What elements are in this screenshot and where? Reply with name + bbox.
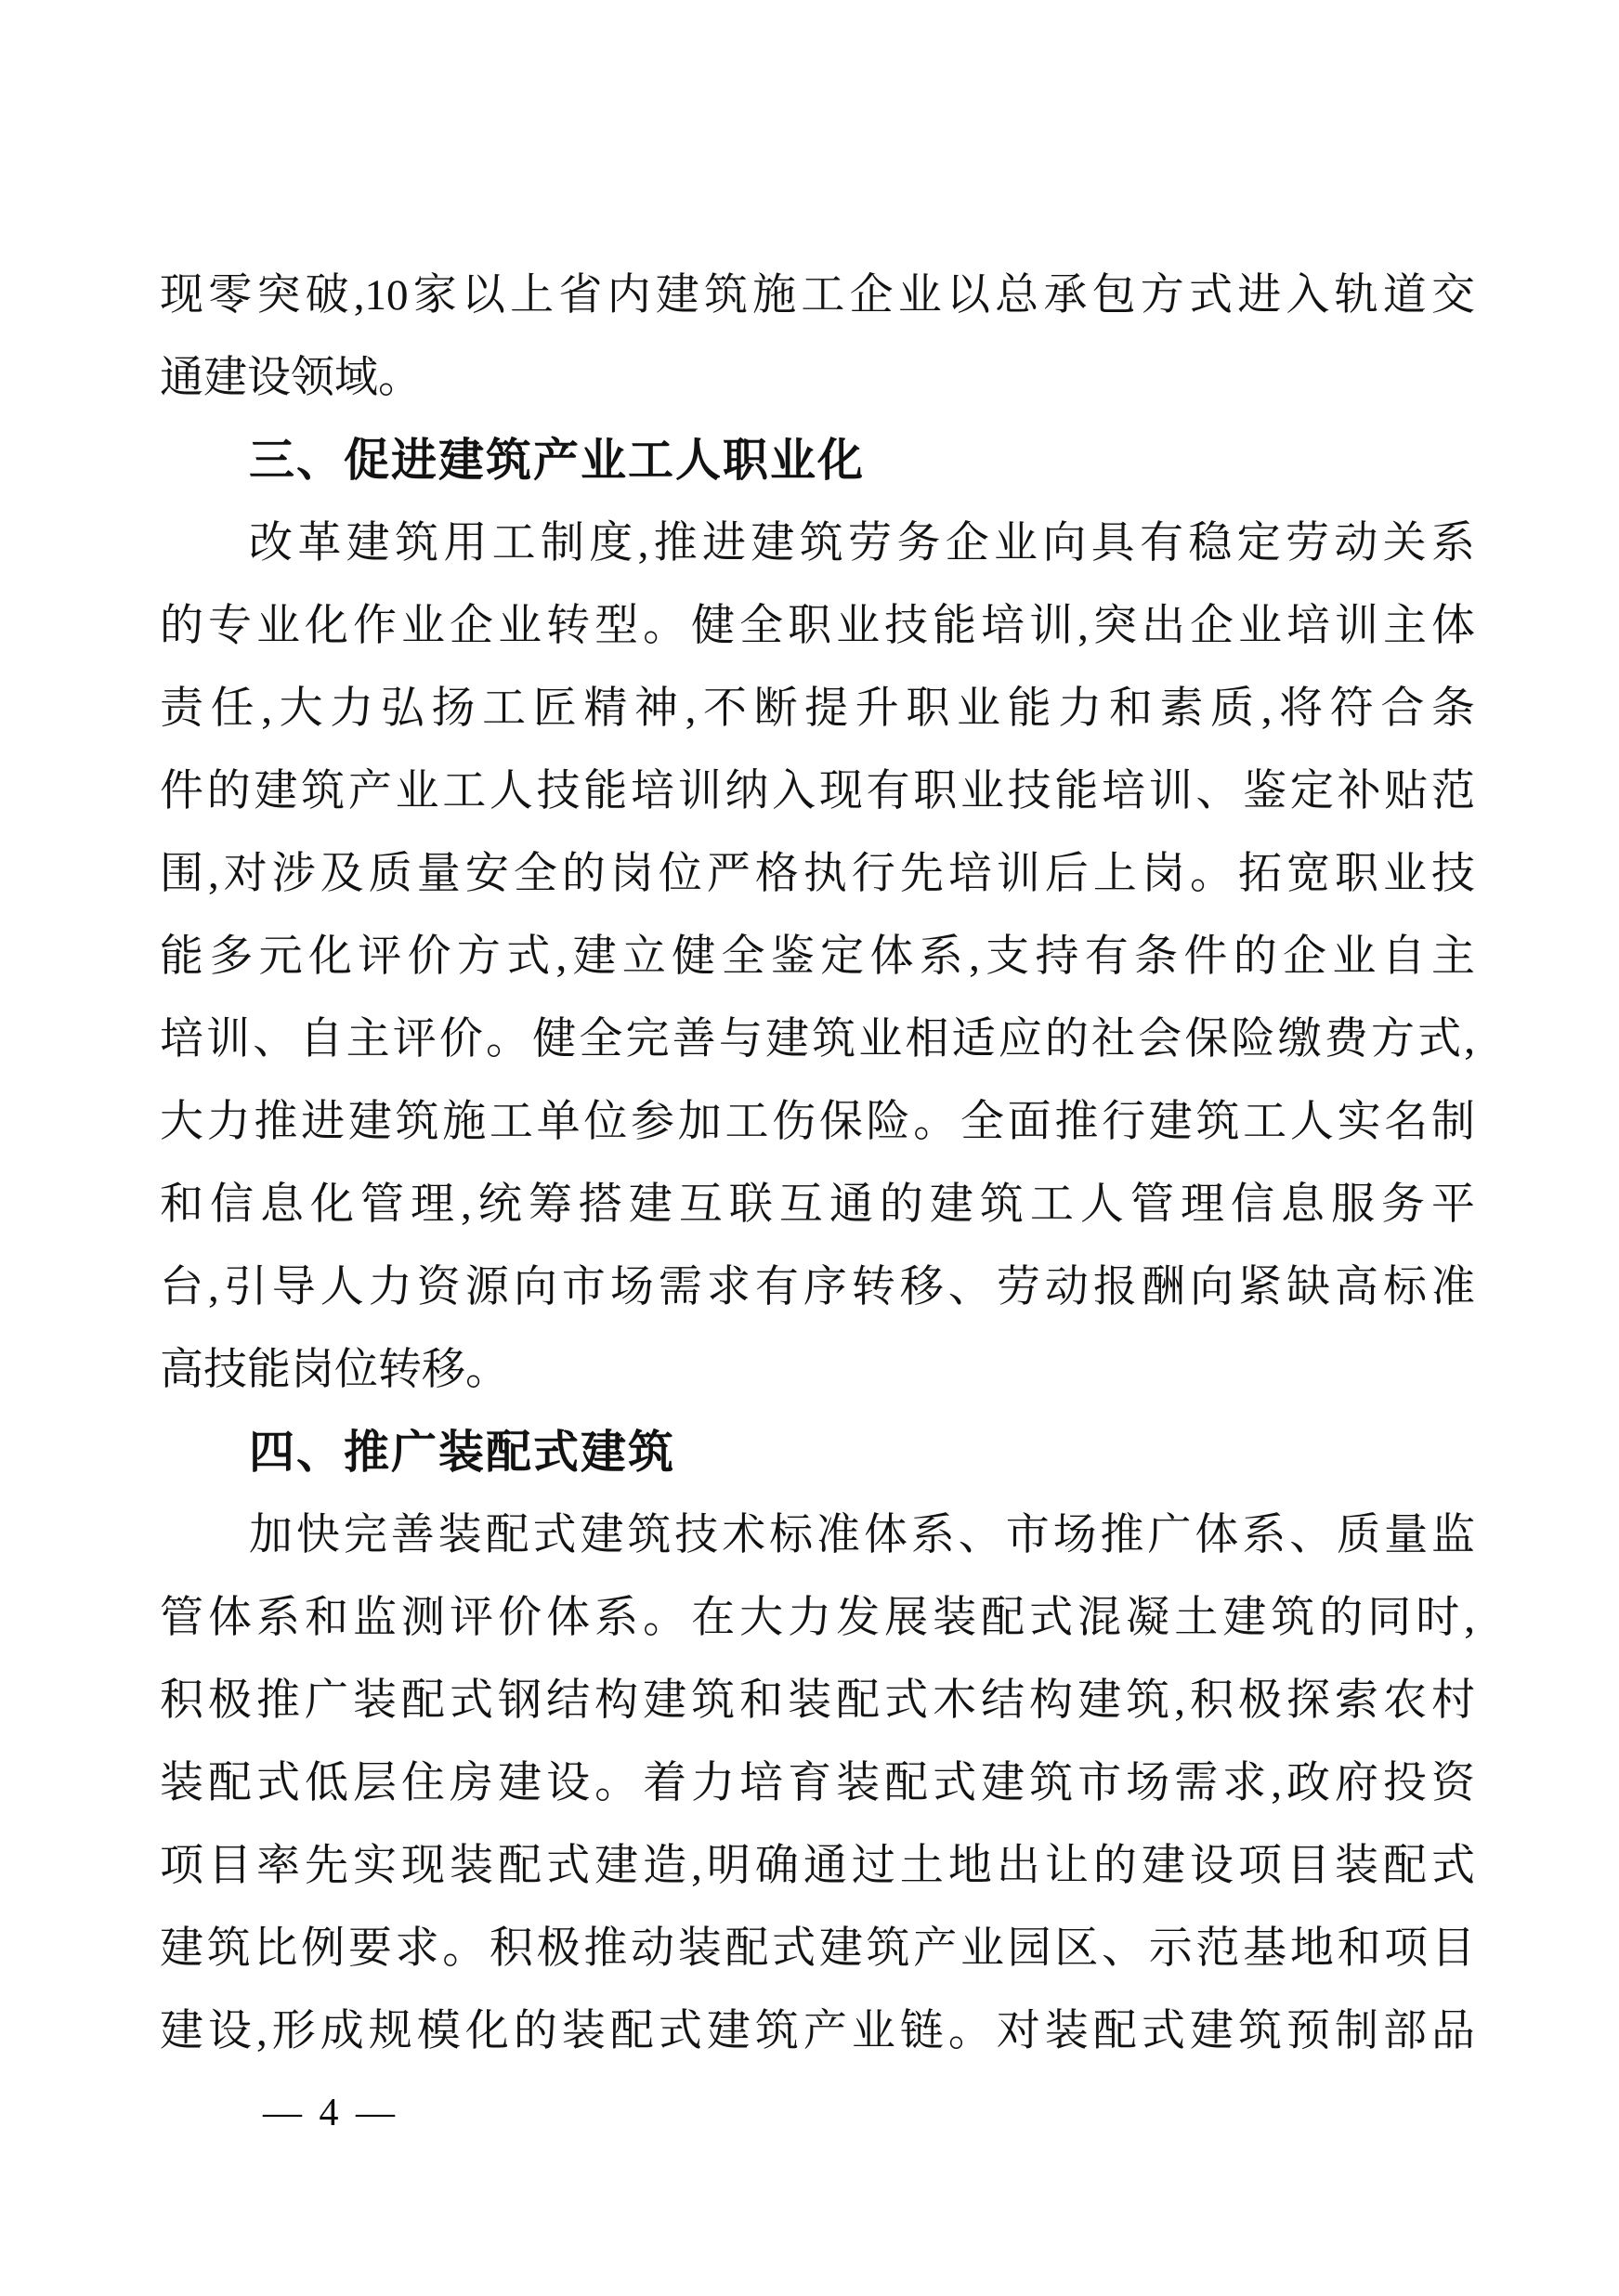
body-text-line: 责任,大力弘扬工匠精神,不断提升职业能力和素质,将符合条 <box>160 668 1475 750</box>
page-body: 现零突破,10家以上省内建筑施工企业以总承包方式进入轨道交 通建设领域。 三、促… <box>160 254 1475 2073</box>
body-text-line: 围,对涉及质量安全的岗位严格执行先培训后上岗。拓宽职业技 <box>160 833 1475 916</box>
section-heading: 四、推广装配式建筑 <box>160 1412 1475 1494</box>
body-text-line: 改革建筑用工制度,推进建筑劳务企业向具有稳定劳动关系 <box>160 502 1475 585</box>
body-text-line: 的专业化作业企业转型。健全职业技能培训,突出企业培训主体 <box>160 585 1475 668</box>
body-text-line: 装配式低层住房建设。着力培育装配式建筑市场需求,政府投资 <box>160 1742 1475 1825</box>
body-text-line: 管体系和监测评价体系。在大力发展装配式混凝土建筑的同时, <box>160 1577 1475 1660</box>
body-text-line: 建筑比例要求。积极推动装配式建筑产业园区、示范基地和项目 <box>160 1908 1475 1990</box>
body-text-line: 现零突破,10家以上省内建筑施工企业以总承包方式进入轨道交 <box>160 254 1475 337</box>
body-text-line: 项目率先实现装配式建造,明确通过土地出让的建设项目装配式 <box>160 1825 1475 1908</box>
body-text-line: 能多元化评价方式,建立健全鉴定体系,支持有条件的企业自主 <box>160 916 1475 998</box>
body-text-line: 培训、自主评价。健全完善与建筑业相适应的社会保险缴费方式, <box>160 998 1475 1081</box>
body-text-line: 建设,形成规模化的装配式建筑产业链。对装配式建筑预制部品 <box>160 1990 1475 2073</box>
document-page: 现零突破,10家以上省内建筑施工企业以总承包方式进入轨道交 通建设领域。 三、促… <box>0 0 1619 2296</box>
page-number: — 4 — <box>263 2092 398 2134</box>
body-text-line: 件的建筑产业工人技能培训纳入现有职业技能培训、鉴定补贴范 <box>160 750 1475 833</box>
body-text-line: 加快完善装配式建筑技术标准体系、市场推广体系、质量监 <box>160 1494 1475 1577</box>
body-text-line: 大力推进建筑施工单位参加工伤保险。全面推行建筑工人实名制 <box>160 1081 1475 1164</box>
body-text-line: 和信息化管理,统筹搭建互联互通的建筑工人管理信息服务平 <box>160 1164 1475 1246</box>
body-text-line: 积极推广装配式钢结构建筑和装配式木结构建筑,积极探索农村 <box>160 1660 1475 1742</box>
body-text-line: 台,引导人力资源向市场需求有序转移、劳动报酬向紧缺高标准 <box>160 1246 1475 1329</box>
section-heading: 三、促进建筑产业工人职业化 <box>160 420 1475 502</box>
